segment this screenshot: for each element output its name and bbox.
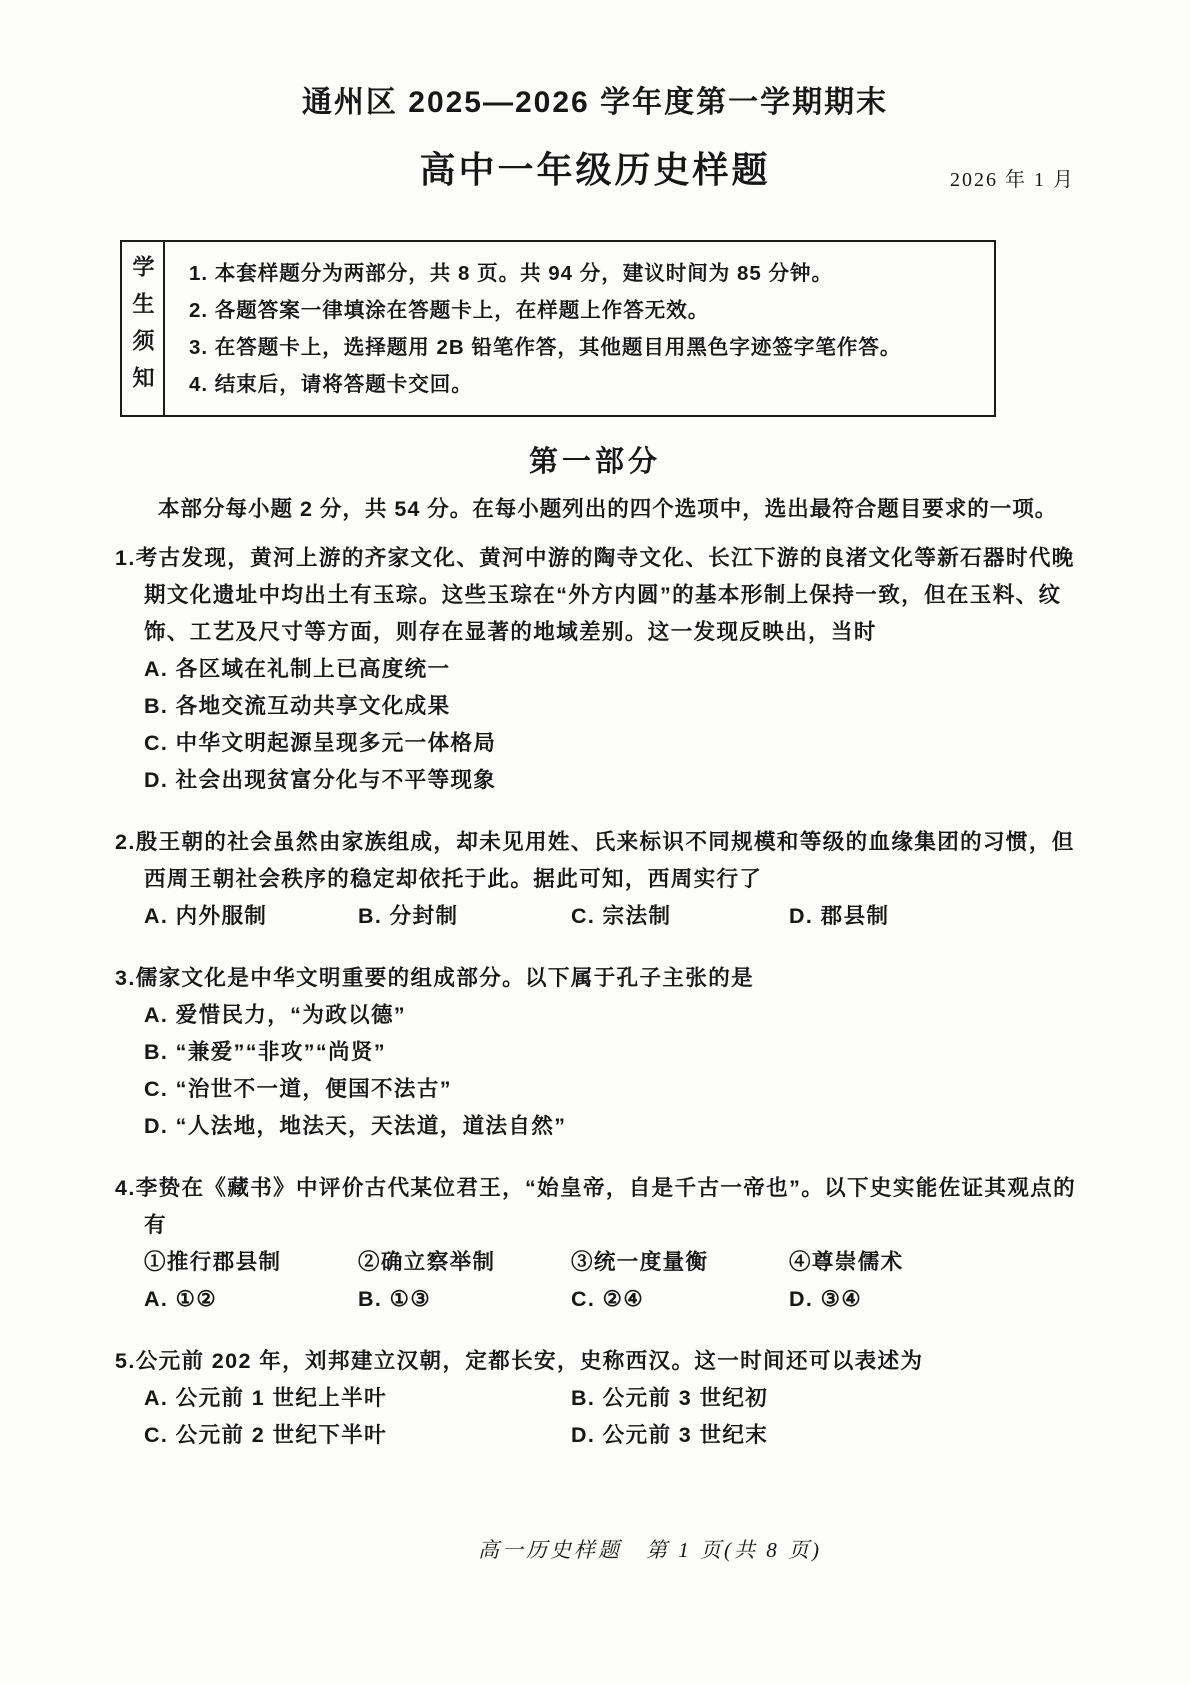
- question-stem: 3.儒家文化是中华文明重要的组成部分。以下属于孔子主张的是: [115, 960, 1077, 997]
- exam-title-row: 高中一年级历史样题 2026 年 1 月: [0, 144, 1190, 196]
- option: A. 内外服制: [144, 898, 358, 935]
- notice-side-label: 学生须知: [127, 255, 158, 403]
- notice-box: 学生须知 1. 本套样题分为两部分，共 8 页。共 94 分，建议时间为 85 …: [120, 240, 996, 417]
- section-title: 第一部分: [0, 443, 1190, 481]
- item: ④尊崇儒术: [789, 1244, 1077, 1281]
- option: C. 公元前 2 世纪下半叶: [144, 1417, 571, 1454]
- option: D. “人法地，地法天，天法道，道法自然”: [115, 1108, 1077, 1145]
- option: A. ①②: [144, 1281, 358, 1318]
- question-options: A. 公元前 1 世纪上半叶B. 公元前 3 世纪初C. 公元前 2 世纪下半叶…: [115, 1380, 1077, 1454]
- footer-page-info: 高一历史样题 第 1 页(共 8 页): [110, 1534, 1190, 1564]
- question-3: 3.儒家文化是中华文明重要的组成部分。以下属于孔子主张的是A. 爱惜民力，“为政…: [115, 960, 1077, 1145]
- item: ②确立察举制: [358, 1244, 571, 1281]
- option: B. ①③: [358, 1281, 571, 1318]
- option: B. “兼爱”“非攻”“尚贤”: [115, 1034, 1077, 1071]
- item: ①推行郡县制: [144, 1244, 358, 1281]
- option: D. ③④: [789, 1281, 1077, 1318]
- question-options: A. 内外服制B. 分封制C. 宗法制D. 郡县制: [115, 898, 1077, 935]
- option: B. 各地交流互动共享文化成果: [115, 688, 1077, 725]
- question-stem: 5.公元前 202 年，刘邦建立汉朝，定都长安，史称西汉。这一时间还可以表述为: [115, 1343, 1077, 1380]
- notice-side: 学生须知: [122, 242, 165, 415]
- option: B. 分封制: [358, 898, 571, 935]
- question-4: 4.李贽在《藏书》中评价古代某位君王，“始皇帝，自是千古一帝也”。以下史实能佐证…: [115, 1170, 1077, 1318]
- exam-page: 通州区 2025—2026 学年度第一学期期末 高中一年级历史样题 2026 年…: [0, 0, 1190, 1684]
- option: D. 郡县制: [789, 898, 1077, 935]
- question-stem: 1.考古发现，黄河上游的齐家文化、黄河中游的陶寺文化、长江下游的良渚文化等新石器…: [115, 540, 1077, 651]
- question-stem: 2.殷王朝的社会虽然由家族组成，却未见用姓、氏来标识不同规模和等级的血缘集团的习…: [115, 824, 1077, 898]
- option: C. 宗法制: [571, 898, 789, 935]
- section-intro: 本部分每小题 2 分，共 54 分。在每小题列出的四个选项中，选出最符合题目要求…: [115, 491, 1075, 528]
- option: D. 社会出现贫富分化与不平等现象: [115, 762, 1077, 799]
- option: A. 爱惜民力，“为政以德”: [115, 997, 1077, 1034]
- option: C. 中华文明起源呈现多元一体格局: [115, 725, 1077, 762]
- exam-date: 2026 年 1 月: [950, 163, 1075, 192]
- notice-item: 4. 结束后，请将答题卡交回。: [189, 366, 982, 403]
- question-options: A. ①②B. ①③C. ②④D. ③④: [115, 1281, 1077, 1318]
- option: C. ②④: [571, 1281, 789, 1318]
- question-5: 5.公元前 202 年，刘邦建立汉朝，定都长安，史称西汉。这一时间还可以表述为A…: [115, 1343, 1077, 1454]
- notice-body: 1. 本套样题分为两部分，共 8 页。共 94 分，建议时间为 85 分钟。 2…: [165, 242, 994, 415]
- notice-item: 3. 在答题卡上，选择题用 2B 铅笔作答，其他题目用黑色字迹签字笔作答。: [189, 329, 982, 366]
- option: A. 公元前 1 世纪上半叶: [144, 1380, 571, 1417]
- option: D. 公元前 3 世纪末: [571, 1417, 1077, 1454]
- option: C. “治世不一道，便国不法古”: [115, 1071, 1077, 1108]
- notice-item: 2. 各题答案一律填涂在答题卡上，在样题上作答无效。: [189, 292, 982, 329]
- option: A. 各区域在礼制上已高度统一: [115, 651, 1077, 688]
- question-2: 2.殷王朝的社会虽然由家族组成，却未见用姓、氏来标识不同规模和等级的血缘集团的习…: [115, 824, 1077, 935]
- exam-title: 高中一年级历史样题: [419, 144, 770, 196]
- page-title: 通州区 2025—2026 学年度第一学期期末: [0, 0, 1190, 122]
- item: ③统一度量衡: [571, 1244, 789, 1281]
- question-items: ①推行郡县制②确立察举制③统一度量衡④尊崇儒术: [115, 1244, 1077, 1281]
- question-1: 1.考古发现，黄河上游的齐家文化、黄河中游的陶寺文化、长江下游的良渚文化等新石器…: [115, 540, 1077, 799]
- option: B. 公元前 3 世纪初: [571, 1380, 1077, 1417]
- questions-list: 1.考古发现，黄河上游的齐家文化、黄河中游的陶寺文化、长江下游的良渚文化等新石器…: [115, 540, 1077, 1454]
- notice-item: 1. 本套样题分为两部分，共 8 页。共 94 分，建议时间为 85 分钟。: [189, 255, 982, 292]
- question-stem: 4.李贽在《藏书》中评价古代某位君王，“始皇帝，自是千古一帝也”。以下史实能佐证…: [115, 1170, 1077, 1244]
